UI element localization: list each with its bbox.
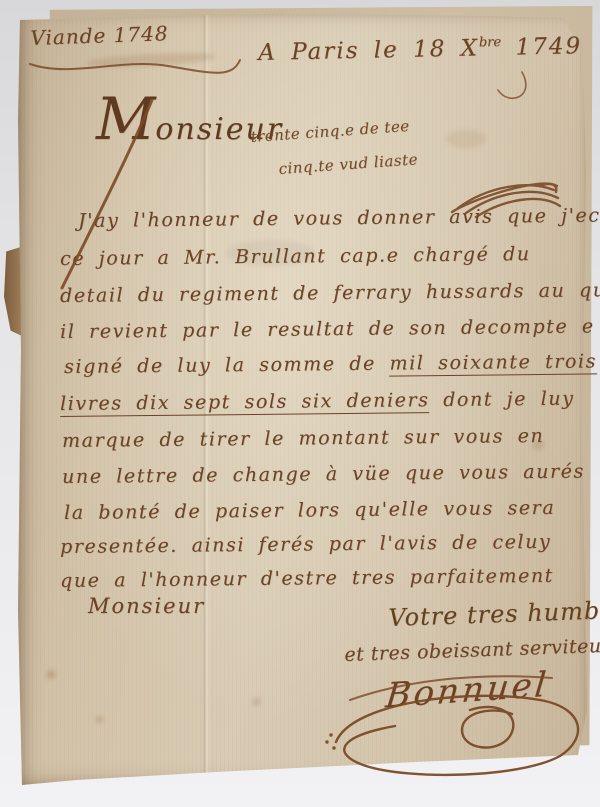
document-photo: Viande 1748 A Paris le 18 Xbre 1749 Mons… [0, 0, 600, 807]
body-text: signé de luy la somme de [64, 353, 390, 378]
paper-stain [446, 130, 486, 148]
dateline-month-superscript: bre [479, 35, 502, 50]
underlined-amount: livres dix sept sols six deniers [60, 389, 430, 417]
underlined-amount: mil soixante trois [389, 350, 597, 376]
dateline-year: 1749 [515, 33, 582, 60]
dateline-place: A Paris le 18 X [258, 35, 479, 66]
fox-spot [252, 698, 261, 706]
fox-spot [46, 670, 56, 679]
salutation-initial: M [96, 85, 155, 153]
ink-smudge [86, 51, 216, 70]
body-text: dont je luy [429, 388, 574, 412]
closing-address: Monsieur [88, 594, 205, 618]
body-line: signé de luy la somme de mil soixante tr… [64, 350, 597, 378]
archival-note: Viande 1748 [30, 21, 169, 50]
fox-spot [96, 716, 103, 723]
